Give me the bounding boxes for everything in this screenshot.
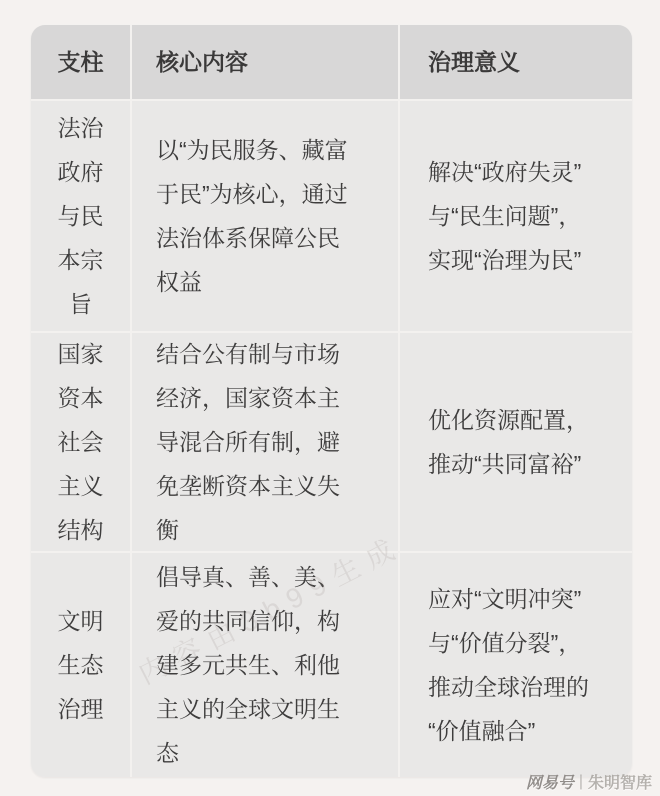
table-row-3-core-cell: 倡导真、善、美、 爱的共同信仰，构 建多元共生、利他 主义的全球文明生 态 (132, 553, 398, 777)
row-2-pillar-text: 国家 资本 社会 主义 结构 (58, 332, 104, 552)
row-2-core-text: 结合公有制与市场 经济，国家资本主 导混合所有制，避 免垄断资本主义失 衡 (156, 332, 340, 552)
table-row-2-significance-cell: 优化资源配置， 推动“共同富裕” (400, 333, 632, 551)
row-3-pillar-text: 文明 生态 治理 (58, 599, 104, 731)
table-row-1-core-cell: 以“为民服务、藏富 于民”为核心，通过 法治体系保障公民 权益 (132, 101, 398, 331)
row-1-core-text: 以“为民服务、藏富 于民”为核心，通过 法治体系保障公民 权益 (156, 128, 348, 304)
row-1-pillar-text: 法治 政府 与民 本宗 旨 (58, 106, 104, 326)
row-1-significance-text: 解决“政府失灵” 与“民生问题”， 实现“治理为民” (428, 150, 581, 282)
table-row-2-core-cell: 结合公有制与市场 经济，国家资本主 导混合所有制，避 免垄断资本主义失 衡 (132, 333, 398, 551)
table-row-1-pillar-cell: 法治 政府 与民 本宗 旨 (31, 101, 130, 331)
governance-pillars-table: 支柱 核心内容 治理意义 法治 政府 与民 本宗 旨 以“为民服务、藏富 于民”… (31, 25, 632, 777)
row-2-significance-text: 优化资源配置， 推动“共同富裕” (428, 398, 589, 486)
table-row-3-significance-cell: 应对“文明冲突” 与“价值分裂”， 推动全球治理的 “价值融合” (400, 553, 632, 777)
row-3-significance-text: 应对“文明冲突” 与“价值分裂”， 推动全球治理的 “价值融合” (428, 577, 589, 753)
column-header-core-content: 核心内容 (132, 25, 398, 99)
column-header-pillar: 支柱 (31, 25, 130, 99)
column-header-pillar-label: 支柱 (58, 40, 104, 84)
row-3-core-text: 倡导真、善、美、 爱的共同信仰，构 建多元共生、利他 主义的全球文明生 态 (156, 555, 340, 775)
table-row-3-pillar-cell: 文明 生态 治理 (31, 553, 130, 777)
column-header-governance-significance-label: 治理意义 (428, 40, 520, 84)
column-header-core-content-label: 核心内容 (156, 40, 248, 84)
table-row-1-significance-cell: 解决“政府失灵” 与“民生问题”， 实现“治理为民” (400, 101, 632, 331)
column-header-governance-significance: 治理意义 (400, 25, 632, 99)
table-row-2-pillar-cell: 国家 资本 社会 主义 结构 (31, 333, 130, 551)
